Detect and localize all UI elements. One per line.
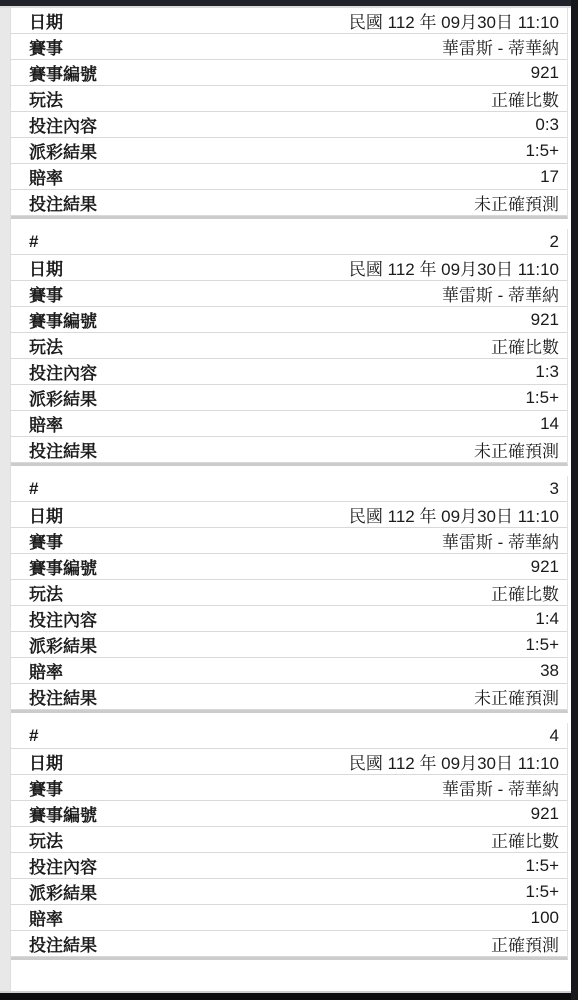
row-value: 華雷斯 - 蒂華納 [442,281,559,306]
record-row-event: 賽事 華雷斯 - 蒂華納 [11,281,567,307]
record-row-play: 玩法 正確比數 [11,580,567,606]
record-row-play: 玩法 正確比數 [11,827,567,853]
record-row-event: 賽事 華雷斯 - 蒂華納 [11,775,567,801]
record-row-index: # 4 [11,723,567,749]
row-label: 賽事編號 [29,801,97,826]
record-row-bet: 投注內容 0:3 [11,112,567,138]
row-value: 921 [531,63,559,83]
record-row-bet: 投注內容 1:4 [11,606,567,632]
row-value: 華雷斯 - 蒂華納 [442,34,559,59]
bet-history-page: 日期 民國 112 年 09月30日 11:10 賽事 華雷斯 - 蒂華納 賽事… [0,0,578,1000]
row-label: 日期 [29,8,63,33]
record-row-result: 投注結果 未正確預測 [11,437,567,463]
row-value: 921 [531,804,559,824]
row-label: 玩法 [29,827,63,852]
row-value: 14 [540,414,559,434]
row-label: 投注結果 [29,437,97,462]
row-label: # [29,726,38,746]
row-label: 投注結果 [29,931,97,956]
row-label: 投注內容 [29,853,97,878]
right-frame-strip [571,0,578,1000]
row-value: 民國 112 年 09月30日 11:10 [349,502,559,527]
row-value: 1:5+ [525,141,559,161]
row-label: # [29,232,38,252]
record-row-date: 日期 民國 112 年 09月30日 11:10 [11,502,567,528]
record-row-payout: 派彩結果 1:5+ [11,385,567,411]
row-value: 1:5+ [525,856,559,876]
row-label: 投注結果 [29,684,97,709]
row-value: 民國 112 年 09月30日 11:10 [349,749,559,774]
row-label: 賠率 [29,411,63,436]
record-row-date: 日期 民國 112 年 09月30日 11:10 [11,255,567,281]
row-label: 派彩結果 [29,138,97,163]
row-value: 4 [550,726,559,746]
record-row-play: 玩法 正確比數 [11,86,567,112]
row-value: 17 [540,167,559,187]
top-frame-bar [0,0,578,8]
row-label: 投注內容 [29,606,97,631]
record-row-event-no: 賽事編號 921 [11,307,567,333]
row-label: 賠率 [29,905,63,930]
bet-record-2: # 2 日期 民國 112 年 09月30日 11:10 賽事 華雷斯 - 蒂華… [11,229,568,466]
row-label: 日期 [29,749,63,774]
record-row-event-no: 賽事編號 921 [11,801,567,827]
row-value: 華雷斯 - 蒂華納 [442,528,559,553]
row-value: 1:5+ [525,388,559,408]
left-margin-strip [0,8,11,991]
row-value: 38 [540,661,559,681]
row-value: 未正確預測 [474,684,559,709]
row-value: 正確比數 [491,86,559,111]
row-label: 派彩結果 [29,632,97,657]
record-row-payout: 派彩結果 1:5+ [11,879,567,905]
row-label: 投注結果 [29,190,97,215]
row-label: 派彩結果 [29,385,97,410]
row-value: 民國 112 年 09月30日 11:10 [349,8,559,33]
row-label: 投注內容 [29,359,97,384]
row-label: 日期 [29,502,63,527]
record-row-payout: 派彩結果 1:5+ [11,632,567,658]
row-value: 921 [531,310,559,330]
bet-record-1: 日期 民國 112 年 09月30日 11:10 賽事 華雷斯 - 蒂華納 賽事… [11,8,568,219]
row-value: 正確比數 [491,827,559,852]
row-label: 賽事編號 [29,554,97,579]
row-value: 1:5+ [525,882,559,902]
record-row-result: 投注結果 未正確預測 [11,684,567,710]
row-value: 華雷斯 - 蒂華納 [442,775,559,800]
record-row-odds: 賠率 17 [11,164,567,190]
bet-records-list: 日期 民國 112 年 09月30日 11:10 賽事 華雷斯 - 蒂華納 賽事… [11,8,568,970]
record-row-event: 賽事 華雷斯 - 蒂華納 [11,34,567,60]
row-value: 921 [531,557,559,577]
record-row-date: 日期 民國 112 年 09月30日 11:10 [11,8,567,34]
row-label: 賽事編號 [29,60,97,85]
row-label: # [29,479,38,499]
record-row-result: 投注結果 正確預測 [11,931,567,957]
record-row-index: # 3 [11,476,567,502]
row-value: 100 [531,908,559,928]
record-row-event-no: 賽事編號 921 [11,554,567,580]
record-row-result: 投注結果 未正確預測 [11,190,567,216]
row-value: 未正確預測 [474,190,559,215]
row-label: 賽事 [29,775,63,800]
row-label: 投注內容 [29,112,97,137]
record-row-odds: 賠率 14 [11,411,567,437]
row-label: 賽事 [29,34,63,59]
bottom-frame-bar [0,991,578,1000]
row-value: 0:3 [535,115,559,135]
record-row-event-no: 賽事編號 921 [11,60,567,86]
row-value: 3 [550,479,559,499]
bet-record-3: # 3 日期 民國 112 年 09月30日 11:10 賽事 華雷斯 - 蒂華… [11,476,568,713]
row-label: 玩法 [29,580,63,605]
row-label: 賽事 [29,528,63,553]
record-row-event: 賽事 華雷斯 - 蒂華納 [11,528,567,554]
row-value: 2 [550,232,559,252]
row-value: 未正確預測 [474,437,559,462]
row-value: 1:4 [535,609,559,629]
record-row-index: # 2 [11,229,567,255]
row-value: 正確比數 [491,333,559,358]
record-row-bet: 投注內容 1:5+ [11,853,567,879]
row-label: 日期 [29,255,63,280]
record-row-odds: 賠率 100 [11,905,567,931]
row-label: 賠率 [29,164,63,189]
row-value: 1:3 [535,362,559,382]
row-label: 賠率 [29,658,63,683]
record-row-date: 日期 民國 112 年 09月30日 11:10 [11,749,567,775]
row-label: 賽事 [29,281,63,306]
record-row-odds: 賠率 38 [11,658,567,684]
record-row-payout: 派彩結果 1:5+ [11,138,567,164]
row-label: 賽事編號 [29,307,97,332]
record-row-bet: 投注內容 1:3 [11,359,567,385]
row-value: 正確比數 [491,580,559,605]
row-label: 玩法 [29,86,63,111]
bet-record-4: # 4 日期 民國 112 年 09月30日 11:10 賽事 華雷斯 - 蒂華… [11,723,568,960]
row-value: 1:5+ [525,635,559,655]
record-row-play: 玩法 正確比數 [11,333,567,359]
row-label: 派彩結果 [29,879,97,904]
row-value: 民國 112 年 09月30日 11:10 [349,255,559,280]
row-label: 玩法 [29,333,63,358]
row-value: 正確預測 [491,931,559,956]
